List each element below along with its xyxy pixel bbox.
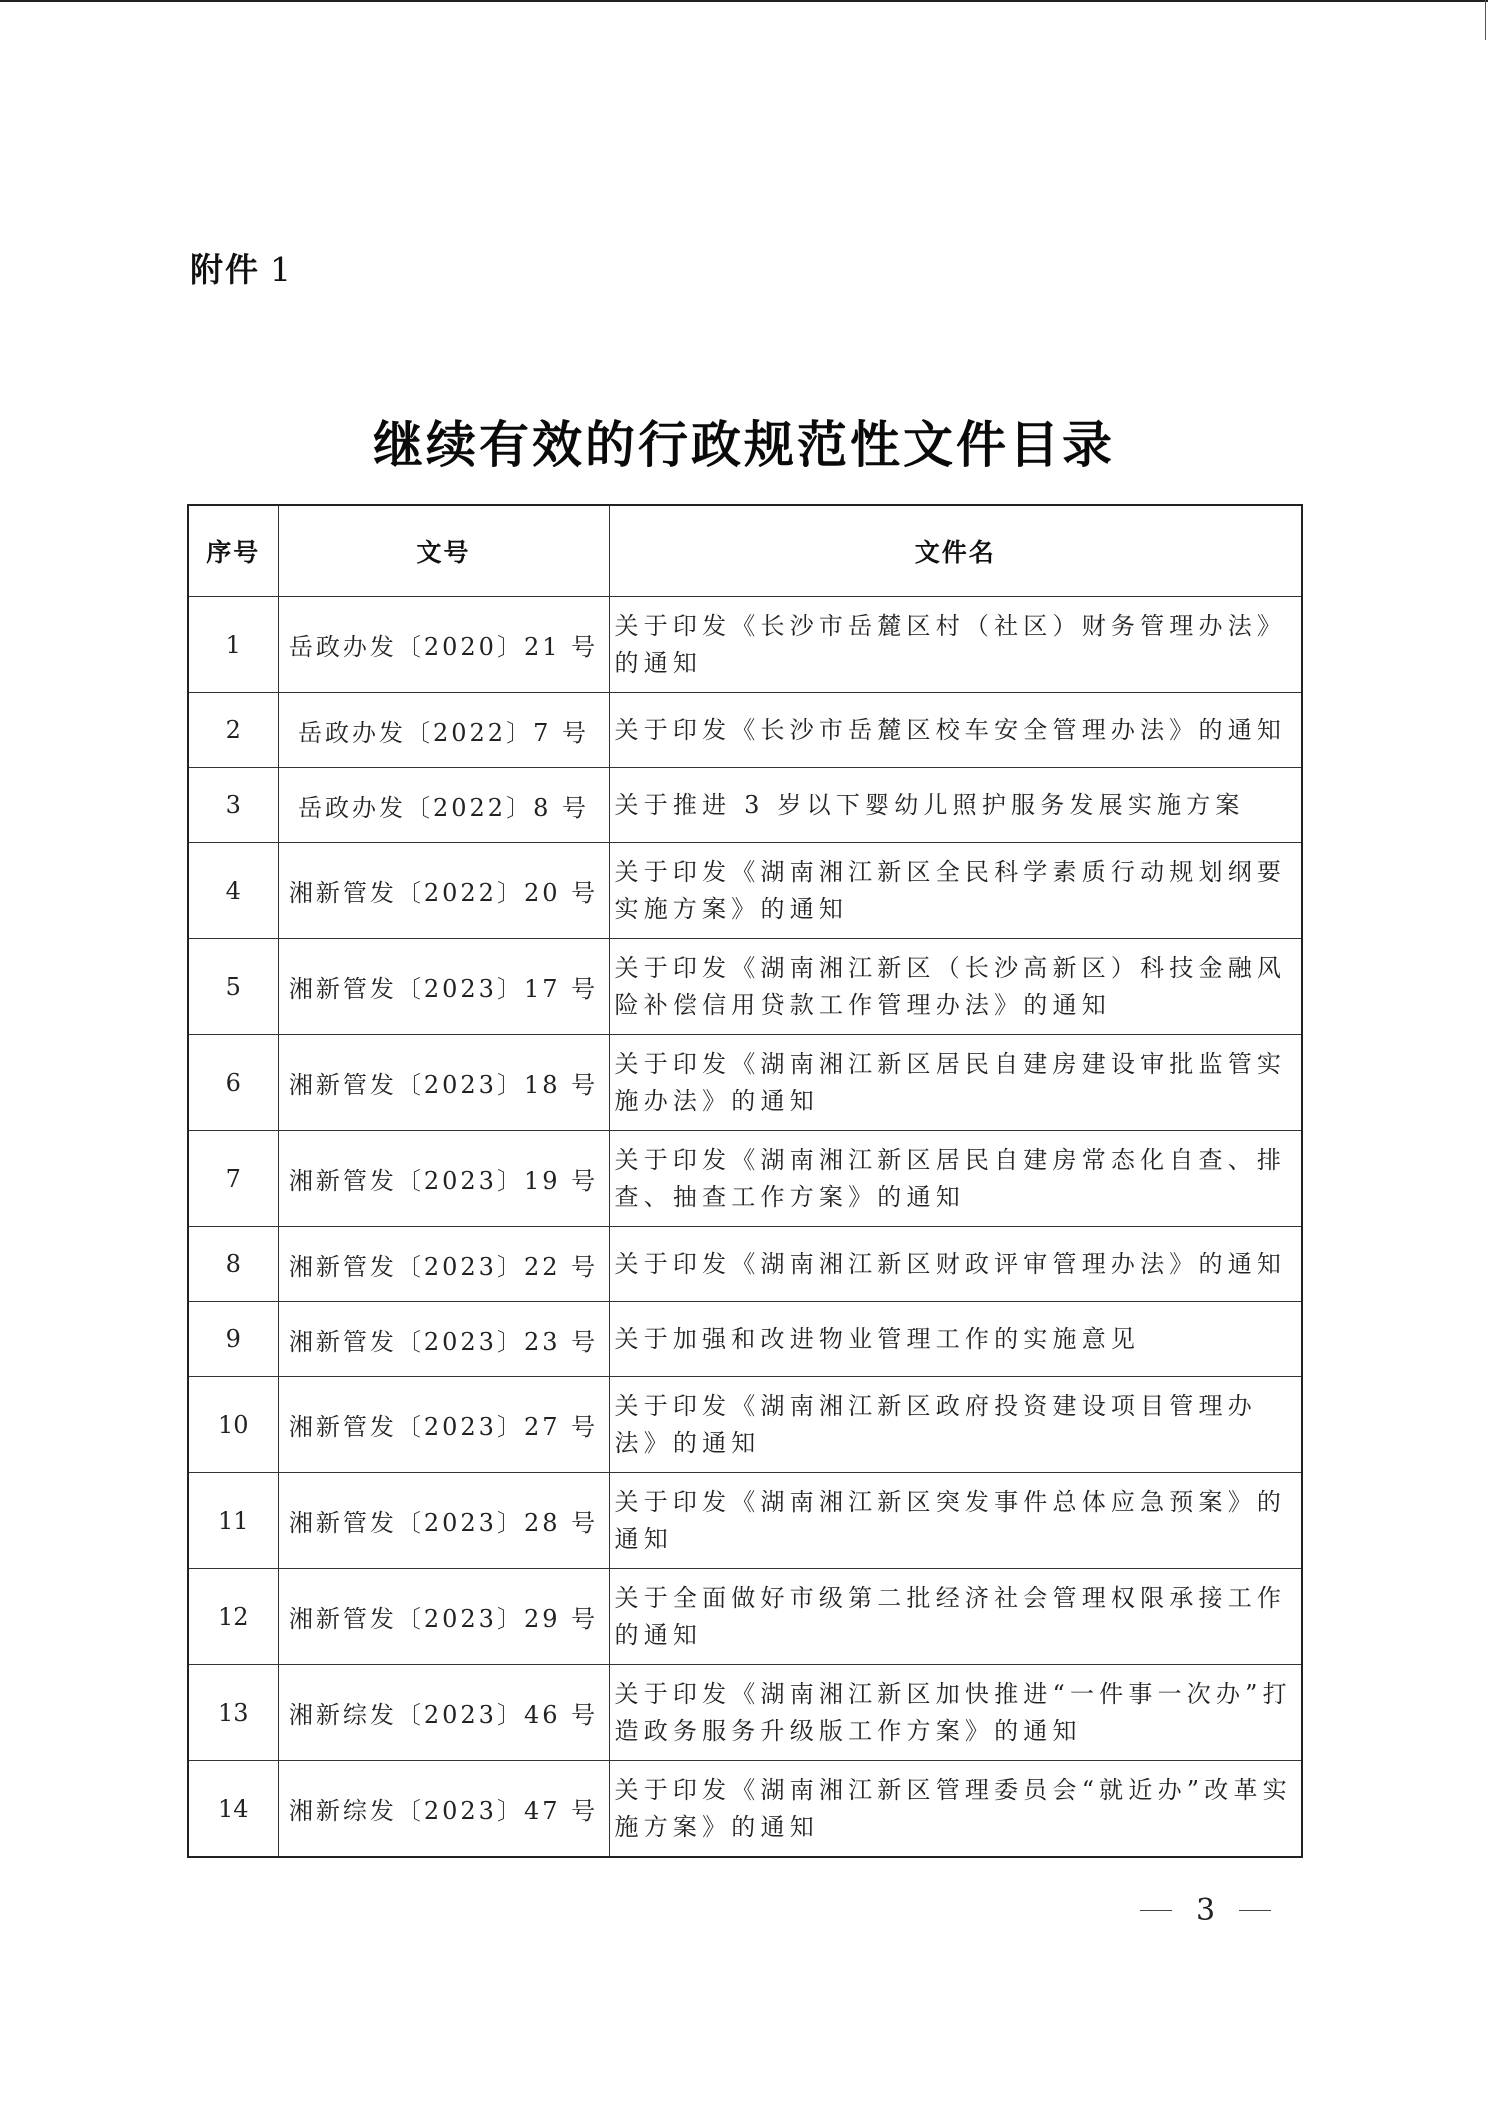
header-doc-name: 文件名 (609, 505, 1302, 597)
table-row: 12湘新管发〔2023〕29 号关于全面做好市级第二批经济社会管理权限承接工作的… (188, 1569, 1302, 1665)
document-catalog-table: 序号 文号 文件名 1岳政办发〔2020〕21 号关于印发《长沙市岳麓区村（社区… (187, 504, 1303, 1858)
row-doc-name: 关于印发《湖南湘江新区居民自建房建设审批监管实施办法》的通知 (609, 1035, 1302, 1131)
row-seq: 3 (188, 768, 278, 843)
row-doc-no: 岳政办发〔2022〕8 号 (278, 768, 609, 843)
row-seq: 8 (188, 1227, 278, 1302)
row-doc-name: 关于印发《湖南湘江新区管理委员会“就近办”改革实施方案》的通知 (609, 1761, 1302, 1858)
table-row: 5湘新管发〔2023〕17 号关于印发《湖南湘江新区（长沙高新区）科技金融风险补… (188, 939, 1302, 1035)
row-doc-no: 湘新综发〔2023〕47 号 (278, 1761, 609, 1858)
row-doc-no: 湘新管发〔2022〕20 号 (278, 843, 609, 939)
row-doc-no: 湘新管发〔2023〕27 号 (278, 1377, 609, 1473)
row-seq: 6 (188, 1035, 278, 1131)
row-doc-no: 湘新综发〔2023〕46 号 (278, 1665, 609, 1761)
row-seq: 12 (188, 1569, 278, 1665)
row-seq: 9 (188, 1302, 278, 1377)
row-doc-no: 岳政办发〔2020〕21 号 (278, 597, 609, 693)
row-doc-name: 关于印发《湖南湘江新区政府投资建设项目管理办法》的通知 (609, 1377, 1302, 1473)
row-doc-name: 关于印发《湖南湘江新区突发事件总体应急预案》的通知 (609, 1473, 1302, 1569)
row-seq: 2 (188, 693, 278, 768)
row-doc-name: 关于印发《长沙市岳麓区校车安全管理办法》的通知 (609, 693, 1302, 768)
row-doc-no: 岳政办发〔2022〕7 号 (278, 693, 609, 768)
row-seq: 13 (188, 1665, 278, 1761)
row-doc-name: 关于全面做好市级第二批经济社会管理权限承接工作的通知 (609, 1569, 1302, 1665)
row-seq: 5 (188, 939, 278, 1035)
table-row: 10湘新管发〔2023〕27 号关于印发《湖南湘江新区政府投资建设项目管理办法》… (188, 1377, 1302, 1473)
row-doc-no: 湘新管发〔2023〕18 号 (278, 1035, 609, 1131)
row-seq: 4 (188, 843, 278, 939)
table-row: 14湘新综发〔2023〕47 号关于印发《湖南湘江新区管理委员会“就近办”改革实… (188, 1761, 1302, 1858)
row-doc-name: 关于印发《湖南湘江新区全民科学素质行动规划纲要实施方案》的通知 (609, 843, 1302, 939)
row-doc-name: 关于推进 3 岁以下婴幼儿照护服务发展实施方案 (609, 768, 1302, 843)
page-number-dash-left (1140, 1910, 1172, 1911)
page-number-dash-right (1239, 1910, 1271, 1911)
page-number: 3 (1196, 1893, 1215, 1928)
table-row: 13湘新综发〔2023〕46 号关于印发《湖南湘江新区加快推进“一件事一次办”打… (188, 1665, 1302, 1761)
table-row: 3岳政办发〔2022〕8 号关于推进 3 岁以下婴幼儿照护服务发展实施方案 (188, 768, 1302, 843)
row-seq: 7 (188, 1131, 278, 1227)
table-row: 2岳政办发〔2022〕7 号关于印发《长沙市岳麓区校车安全管理办法》的通知 (188, 693, 1302, 768)
header-doc-no: 文号 (278, 505, 609, 597)
table-header-row: 序号 文号 文件名 (188, 505, 1302, 597)
row-doc-no: 湘新管发〔2023〕29 号 (278, 1569, 609, 1665)
header-seq: 序号 (188, 505, 278, 597)
document-title: 继续有效的行政规范性文件目录 (0, 405, 1488, 477)
row-doc-no: 湘新管发〔2023〕23 号 (278, 1302, 609, 1377)
row-doc-name: 关于印发《长沙市岳麓区村（社区）财务管理办法》的通知 (609, 597, 1302, 693)
row-seq: 14 (188, 1761, 278, 1858)
row-doc-no: 湘新管发〔2023〕17 号 (278, 939, 609, 1035)
scan-right-border (1485, 0, 1486, 40)
table-row: 4湘新管发〔2022〕20 号关于印发《湖南湘江新区全民科学素质行动规划纲要实施… (188, 843, 1302, 939)
attachment-number: 1 (270, 250, 293, 289)
table-body: 1岳政办发〔2020〕21 号关于印发《长沙市岳麓区村（社区）财务管理办法》的通… (188, 597, 1302, 1858)
table-row: 11湘新管发〔2023〕28 号关于印发《湖南湘江新区突发事件总体应急预案》的通… (188, 1473, 1302, 1569)
scan-top-border (0, 0, 1488, 2)
attachment-label-text: 附件 (190, 250, 260, 289)
row-seq: 10 (188, 1377, 278, 1473)
row-doc-name: 关于印发《湖南湘江新区加快推进“一件事一次办”打造政务服务升级版工作方案》的通知 (609, 1665, 1302, 1761)
table-row: 7湘新管发〔2023〕19 号关于印发《湖南湘江新区居民自建房常态化自查、排查、… (188, 1131, 1302, 1227)
row-seq: 1 (188, 597, 278, 693)
row-seq: 11 (188, 1473, 278, 1569)
row-doc-no: 湘新管发〔2023〕28 号 (278, 1473, 609, 1569)
row-doc-no: 湘新管发〔2023〕19 号 (278, 1131, 609, 1227)
row-doc-name: 关于印发《湖南湘江新区（长沙高新区）科技金融风险补偿信用贷款工作管理办法》的通知 (609, 939, 1302, 1035)
row-doc-name: 关于印发《湖南湘江新区财政评审管理办法》的通知 (609, 1227, 1302, 1302)
row-doc-no: 湘新管发〔2023〕22 号 (278, 1227, 609, 1302)
row-doc-name: 关于加强和改进物业管理工作的实施意见 (609, 1302, 1302, 1377)
row-doc-name: 关于印发《湖南湘江新区居民自建房常态化自查、排查、抽查工作方案》的通知 (609, 1131, 1302, 1227)
attachment-label: 附件1 (190, 244, 293, 291)
table-row: 8湘新管发〔2023〕22 号关于印发《湖南湘江新区财政评审管理办法》的通知 (188, 1227, 1302, 1302)
table-row: 9湘新管发〔2023〕23 号关于加强和改进物业管理工作的实施意见 (188, 1302, 1302, 1377)
table-row: 6湘新管发〔2023〕18 号关于印发《湖南湘江新区居民自建房建设审批监管实施办… (188, 1035, 1302, 1131)
table-row: 1岳政办发〔2020〕21 号关于印发《长沙市岳麓区村（社区）财务管理办法》的通… (188, 597, 1302, 693)
page-footer: 3 (1140, 1893, 1271, 1928)
